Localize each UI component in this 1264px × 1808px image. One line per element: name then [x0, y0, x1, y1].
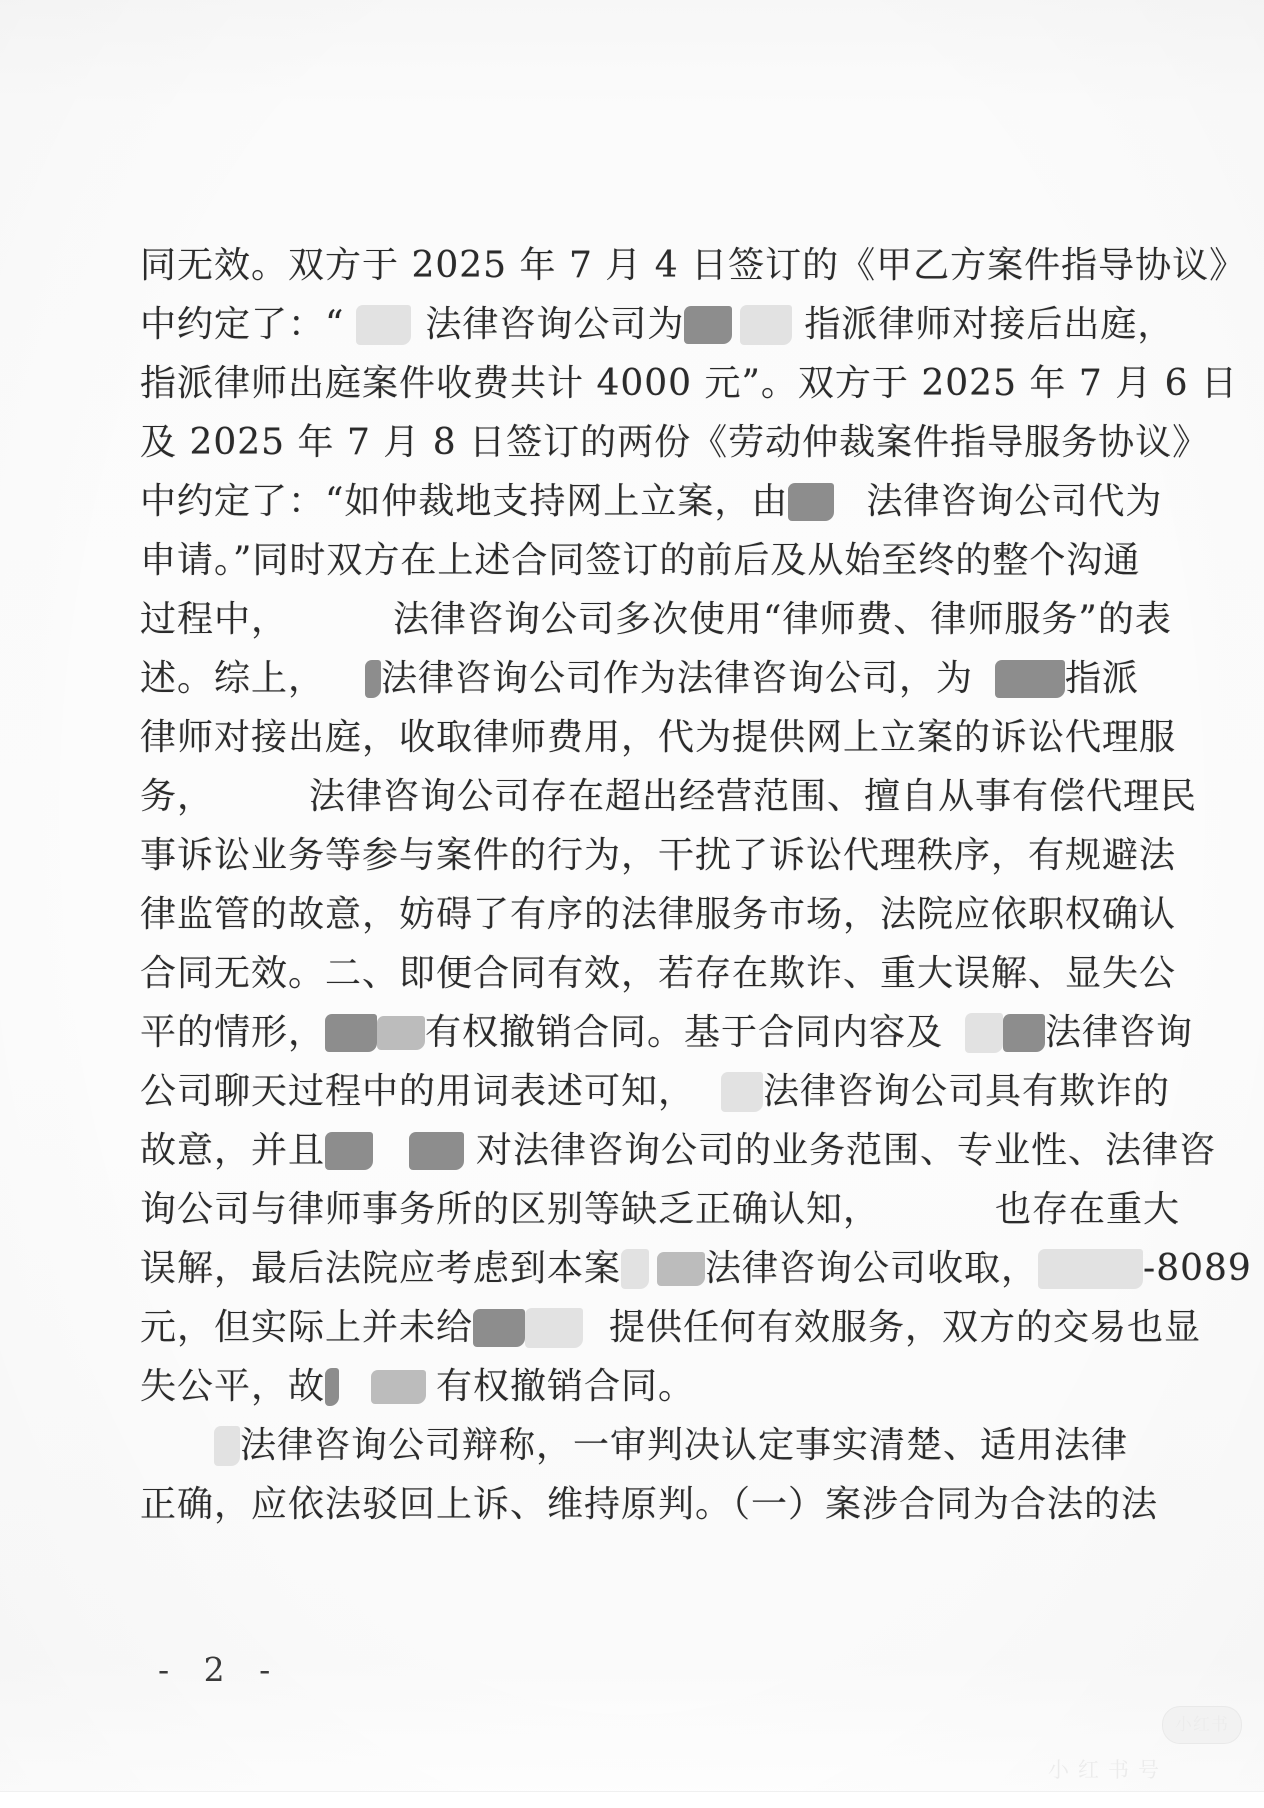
- redaction-box: [621, 1249, 649, 1289]
- text-run: 务，: [140, 779, 214, 815]
- text-run: 平的情形，: [140, 1015, 325, 1051]
- redaction-box: [525, 1308, 583, 1348]
- text-line: 平的情形，有权撤销合同。基于合同内容及法律咨询: [140, 1003, 1140, 1062]
- text-run: 元，但实际上并未给: [140, 1310, 473, 1346]
- text-line: 律监管的故意，妨碍了有序的法律服务市场，法院应依职权确认: [140, 885, 1140, 944]
- text-run: 中约定了：“如仲裁地支持网上立案，由: [140, 484, 788, 520]
- redaction-box: [473, 1309, 525, 1347]
- watermark-logo: 小红书: [1162, 1706, 1242, 1744]
- text-line: 法律咨询公司辩称，一审判决认定事实清楚、适用法律: [140, 1416, 1140, 1475]
- text-run: 过程中，: [140, 602, 288, 638]
- redaction-box: [325, 1014, 377, 1052]
- text-line: 故意，并且对法律咨询公司的业务范围、专业性、法律咨: [140, 1121, 1140, 1180]
- redaction-box: [657, 1252, 705, 1286]
- redaction-box: [1038, 1249, 1143, 1289]
- watermark-id-text: 小红书号: [1048, 1754, 1168, 1784]
- text-run: 指派律师出庭案件收费共计 4000 元”。双方于 2025 年 7 月 6 日: [140, 366, 1238, 402]
- text-run: 失公平，故: [140, 1369, 325, 1405]
- text-run: 法律咨询公司存在超出经营范围、擅自从事有偿代理民: [309, 779, 1197, 815]
- redaction-box: [377, 1016, 425, 1050]
- text-line: 误解，最后法院应考虑到本案法律咨询公司收取，-8089: [140, 1239, 1140, 1298]
- text-run: 对法律咨询公司的业务范围、专业性、法律咨: [476, 1133, 1216, 1169]
- text-line: 公司聊天过程中的用词表述可知，法律咨询公司具有欺诈的: [140, 1062, 1140, 1121]
- redaction-box: [214, 1426, 240, 1466]
- text-line: 律师对接出庭，收取律师费用，代为提供网上立案的诉讼代理服: [140, 708, 1140, 767]
- text-run: 也存在重大: [995, 1192, 1180, 1228]
- text-run: -8089: [1143, 1251, 1252, 1287]
- document-lines: 同无效。双方于 2025 年 7 月 4 日签订的《甲乙方案件指导协议》中约定了…: [140, 236, 1140, 1534]
- text-run: 法律咨询公司辩称，一审判决认定事实清楚、适用法律: [240, 1428, 1128, 1464]
- text-line: 中约定了：“如仲裁地支持网上立案，由法律咨询公司代为: [140, 472, 1140, 531]
- document-page: 同无效。双方于 2025 年 7 月 4 日签订的《甲乙方案件指导协议》中约定了…: [0, 0, 1264, 1808]
- text-run: 误解，最后法院应考虑到本案: [140, 1251, 621, 1287]
- redaction-box: [325, 1368, 339, 1406]
- text-line: 述。综上，法律咨询公司作为法律咨询公司，为指派: [140, 649, 1140, 708]
- text-run: 中约定了：“: [140, 307, 344, 343]
- text-line: 及 2025 年 7 月 8 日签订的两份《劳动仲裁案件指导服务协议》: [140, 413, 1140, 472]
- redaction-box: [356, 305, 411, 345]
- text-run: 提供任何有效服务，双方的交易也显: [609, 1310, 1201, 1346]
- page-number: - 2 -: [158, 1650, 282, 1689]
- text-run: 事诉讼业务等参与案件的行为，干扰了诉讼代理秩序，有规避法: [140, 838, 1176, 874]
- redaction-box: [371, 1370, 426, 1404]
- text-line: 申请。”同时双方在上述合同签订的前后及从始至终的整个沟通: [140, 531, 1140, 590]
- text-line: 指派律师出庭案件收费共计 4000 元”。双方于 2025 年 7 月 6 日: [140, 354, 1140, 413]
- text-line: 务，法律咨询公司存在超出经营范围、擅自从事有偿代理民: [140, 767, 1140, 826]
- text-run: 律监管的故意，妨碍了有序的法律服务市场，法院应依职权确认: [140, 897, 1176, 933]
- text-run: 及 2025 年 7 月 8 日签订的两份《劳动仲裁案件指导服务协议》: [140, 425, 1209, 461]
- redaction-box: [325, 1132, 373, 1170]
- photo-bottom-edge: [0, 1791, 1264, 1808]
- redaction-box: [684, 306, 732, 344]
- text-line: 合同无效。二、即便合同有效，若存在欺诈、重大误解、显失公: [140, 944, 1140, 1003]
- text-line: 正确，应依法驳回上诉、维持原判。（一）案涉合同为合法的法: [140, 1475, 1140, 1534]
- redaction-box: [740, 305, 792, 345]
- redaction-box: [409, 1132, 464, 1170]
- text-run: 法律咨询公司代为: [866, 484, 1162, 520]
- text-run: 法律咨询公司为: [425, 307, 684, 343]
- redaction-box: [1003, 1014, 1045, 1052]
- text-run: 指派律师对接后出庭，: [804, 307, 1174, 343]
- text-run: 故意，并且: [140, 1133, 325, 1169]
- text-run: 询公司与律师事务所的区别等缺乏正确认知，: [140, 1192, 880, 1228]
- redaction-box: [995, 660, 1065, 698]
- text-line: 同无效。双方于 2025 年 7 月 4 日签订的《甲乙方案件指导协议》: [140, 236, 1140, 295]
- text-run: 有权撤销合同。基于合同内容及: [425, 1015, 943, 1051]
- text-line: 中约定了：“法律咨询公司为指派律师对接后出庭，: [140, 295, 1140, 354]
- text-run: 法律咨询公司作为法律咨询公司，为: [381, 661, 973, 697]
- redaction-box: [788, 483, 834, 521]
- redaction-box: [965, 1013, 1003, 1053]
- text-line: 过程中，法律咨询公司多次使用“律师费、律师服务”的表: [140, 590, 1140, 649]
- text-run: 合同无效。二、即便合同有效，若存在欺诈、重大误解、显失公: [140, 956, 1176, 992]
- text-run: 法律咨询公司具有欺诈的: [763, 1074, 1170, 1110]
- text-run: 律师对接出庭，收取律师费用，代为提供网上立案的诉讼代理服: [140, 720, 1176, 756]
- redaction-box: [721, 1072, 763, 1112]
- text-run: 同无效。双方于 2025 年 7 月 4 日签订的《甲乙方案件指导协议》: [140, 248, 1246, 284]
- text-run: 公司聊天过程中的用词表述可知，: [140, 1074, 695, 1110]
- text-run: 述。综上，: [140, 661, 325, 697]
- text-line: 失公平，故有权撤销合同。: [140, 1357, 1140, 1416]
- text-run: 法律咨询公司多次使用“律师费、律师服务”的表: [393, 602, 1172, 638]
- text-line: 事诉讼业务等参与案件的行为，干扰了诉讼代理秩序，有规避法: [140, 826, 1140, 885]
- text-line: 询公司与律师事务所的区别等缺乏正确认知，也存在重大: [140, 1180, 1140, 1239]
- text-run: 有权撤销合同。: [436, 1369, 695, 1405]
- text-line: 元，但实际上并未给提供任何有效服务，双方的交易也显: [140, 1298, 1140, 1357]
- text-run: 正确，应依法驳回上诉、维持原判。（一）案涉合同为合法的法: [140, 1487, 1158, 1523]
- text-run: 指派: [1065, 661, 1139, 697]
- text-run: 法律咨询公司收取，: [705, 1251, 1038, 1287]
- text-run: 申请。”同时双方在上述合同签订的前后及从始至终的整个沟通: [140, 543, 1140, 579]
- redaction-box: [365, 660, 381, 698]
- text-run: 法律咨询: [1045, 1015, 1193, 1051]
